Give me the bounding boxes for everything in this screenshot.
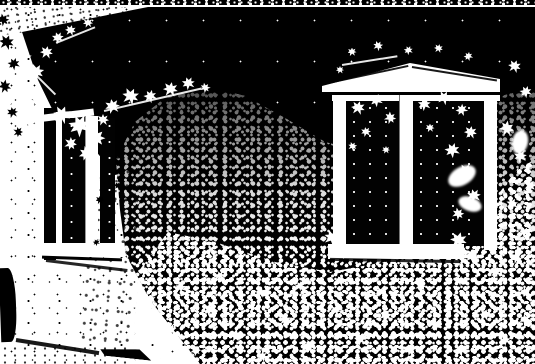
white-leaf: [76, 143, 96, 163]
bush-leaf: [333, 274, 348, 289]
bush-leaf: [374, 286, 386, 298]
bush-leaf: [143, 293, 158, 308]
white-leaf: [7, 81, 24, 98]
white-leaf: [462, 246, 481, 265]
bush-leaf: [329, 304, 342, 317]
foliage-layer: [0, 0, 535, 364]
black-leaf-silhouette: [106, 219, 117, 230]
white-leaf: [522, 178, 535, 195]
bush-leaf: [428, 318, 443, 333]
bush-leaf: [293, 279, 307, 293]
bush-leaf: [412, 278, 427, 293]
white-leaf: [518, 84, 534, 100]
white-leaf: [435, 89, 454, 108]
white-leaf: [346, 140, 358, 152]
white-leaf: [348, 48, 357, 57]
bush-leaf: [403, 343, 418, 358]
white-leaf: [402, 44, 414, 56]
bush-leaf: [488, 265, 502, 279]
white-leaf: [336, 244, 353, 261]
bush-leaf: [517, 312, 534, 329]
white-leaf: [382, 110, 399, 127]
vine-stem: [342, 55, 398, 65]
white-leaf: [97, 114, 109, 126]
white-leaf: [506, 58, 523, 75]
bush-leaf: [517, 225, 531, 239]
white-leaf: [38, 44, 53, 59]
black-leaf-silhouette: [96, 196, 105, 205]
white-leaf: [371, 39, 385, 53]
white-leaf: [426, 124, 435, 133]
black-leaf-silhouette: [0, 12, 11, 29]
bush-leaf: [226, 326, 244, 344]
bush-leaf: [453, 274, 467, 288]
reflection-highlight-blob: [445, 161, 480, 192]
bush-leaf: [254, 348, 270, 364]
white-leaf: [349, 99, 366, 116]
bush-leaf: [253, 285, 266, 298]
bush-leaf: [214, 270, 227, 283]
white-leaf: [462, 124, 477, 139]
vine-stem: [56, 26, 96, 43]
white-leaf: [321, 227, 343, 249]
bush-leaf: [352, 332, 367, 347]
black-leaf-silhouette: [113, 181, 123, 191]
bush-leaf: [498, 333, 513, 348]
bush-leaf: [277, 312, 292, 327]
reflection-highlight-blob: [510, 129, 531, 156]
black-leaf-silhouette: [0, 77, 13, 95]
white-leaf: [416, 96, 433, 113]
white-leaf: [25, 61, 47, 83]
bush-leaf: [187, 342, 202, 357]
bush-leaf: [161, 321, 178, 338]
bush-leaf: [508, 250, 525, 267]
black-leaf-silhouette: [13, 127, 23, 137]
white-leaf: [336, 66, 344, 74]
bush-leaf: [172, 279, 187, 294]
black-leaf-silhouette: [91, 237, 101, 247]
bush-leaf: [504, 196, 520, 212]
white-leaf: [360, 126, 372, 138]
bush-leaf: [519, 286, 531, 298]
bush-leaf: [140, 267, 150, 277]
white-leaf: [415, 245, 425, 255]
white-leaf: [382, 146, 390, 154]
white-leaf: [65, 111, 94, 140]
white-leaf: [448, 230, 469, 251]
white-leaf: [442, 140, 462, 160]
white-leaf: [462, 50, 475, 63]
white-leaf: [432, 42, 443, 53]
photo-scene: [0, 0, 535, 364]
white-leaf: [62, 135, 77, 150]
bush-leaf: [478, 308, 493, 323]
vine-stem: [104, 88, 202, 112]
white-leaf: [454, 102, 471, 119]
bush-leaf: [203, 303, 217, 317]
bush-leaf: [376, 306, 394, 324]
bush-leaf: [451, 341, 469, 359]
black-leaf-silhouette: [0, 32, 16, 51]
bush-leaf: [301, 336, 319, 354]
white-leaf: [367, 91, 385, 109]
